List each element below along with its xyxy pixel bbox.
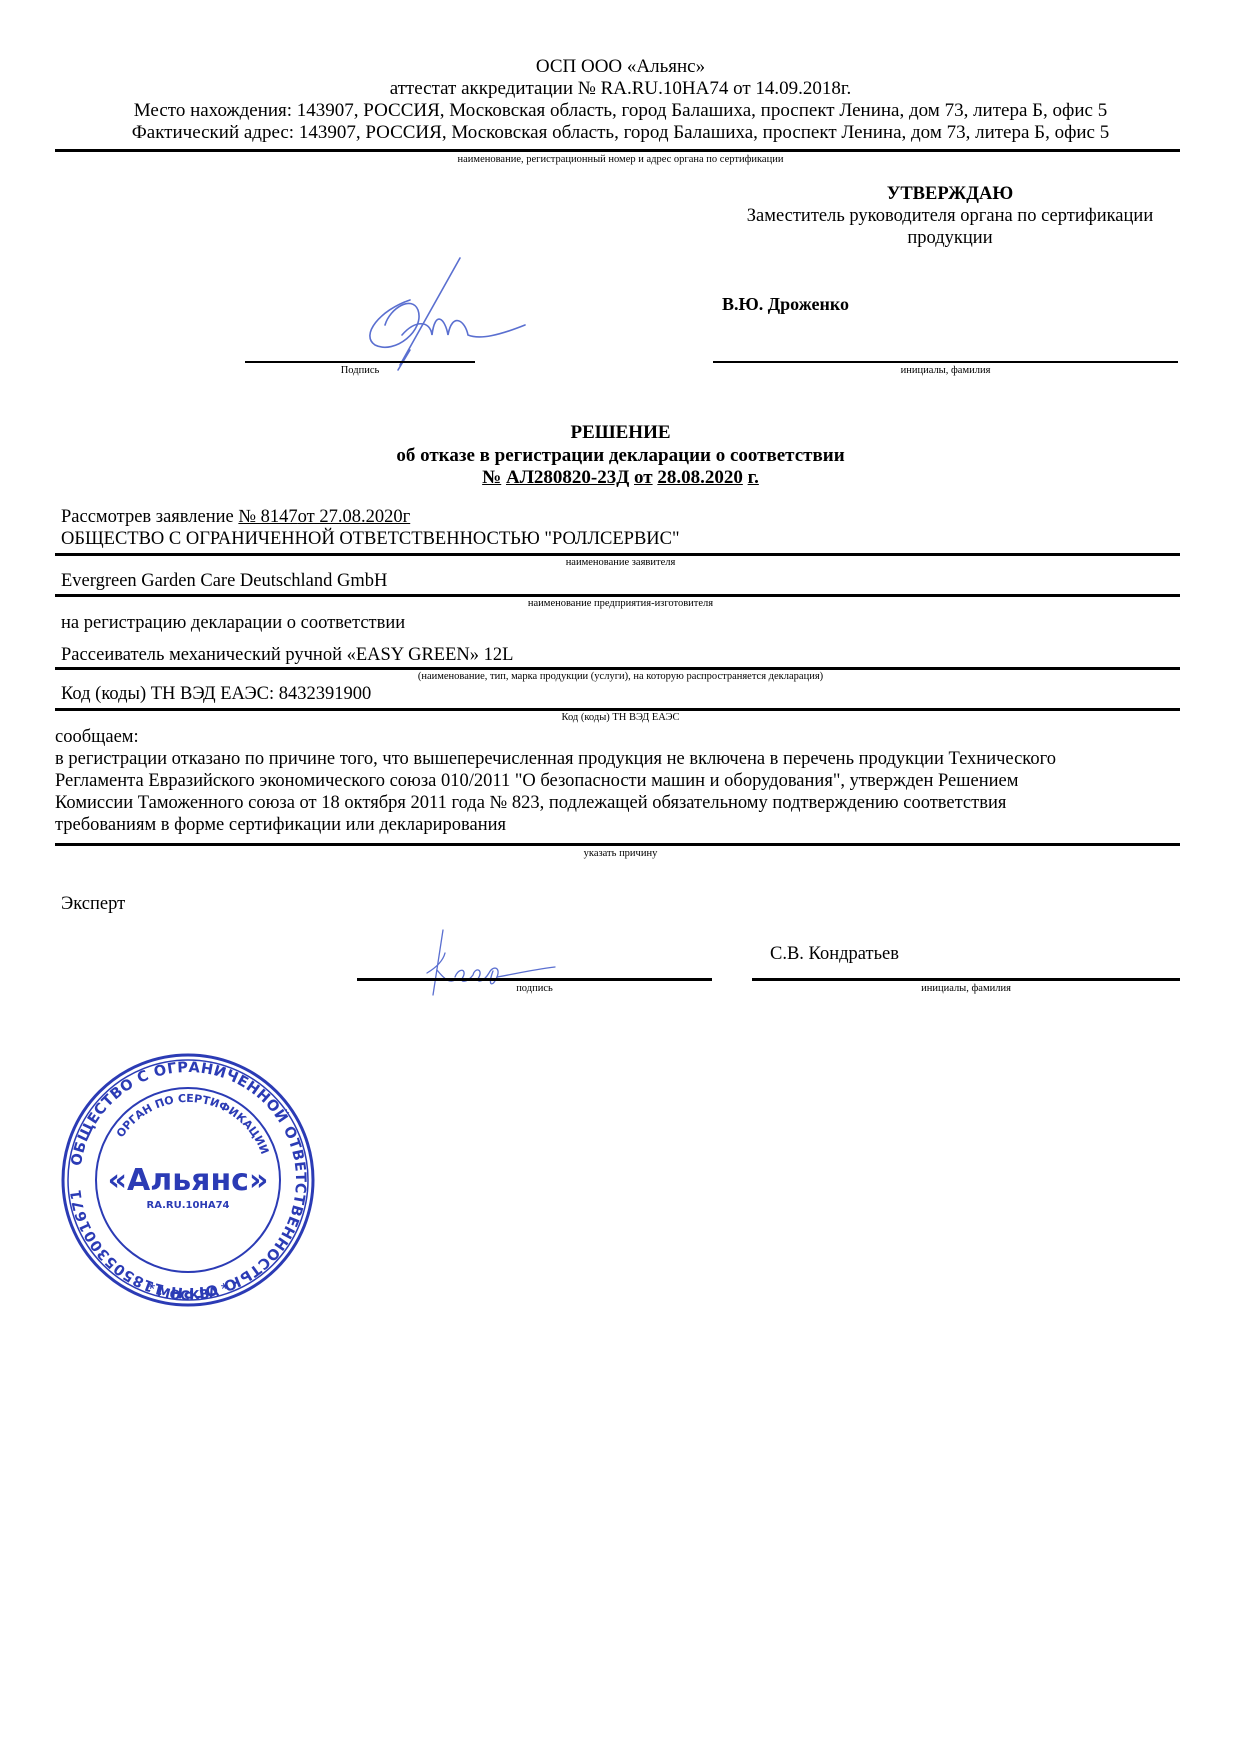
reason-line: Регламента Евразийского экономического с… xyxy=(55,770,1185,792)
header-caption: наименование, регистрационный номер и ад… xyxy=(0,154,1241,166)
application-number: № 8147 xyxy=(238,507,297,527)
location-address: Место нахождения: 143907, РОССИЯ, Москов… xyxy=(0,100,1241,122)
org-name: ОСП ООО «Альянс» xyxy=(0,56,1241,78)
accreditation-line: аттестат аккредитации № RA.RU.10НА74 от … xyxy=(0,78,1241,100)
manufacturer-caption: наименование предприятия-изготовителя xyxy=(0,598,1241,610)
manufacturer-name: Evergreen Garden Care Deutschland GmbH xyxy=(61,570,387,592)
expert-name-line xyxy=(752,978,1180,981)
reason-line: в регистрации отказано по причине того, … xyxy=(55,748,1185,770)
organization-stamp: ОБЩЕСТВО С ОГРАНИЧЕННОЙ ОТВЕТСТВЕННОСТЬЮ… xyxy=(58,1050,318,1310)
application-date: от 27.08.2020г xyxy=(298,507,411,527)
application-line: Рассмотрев заявление № 8147от 27.08.2020… xyxy=(61,506,410,528)
registration-purpose: на регистрацию декларации о соответствии xyxy=(61,612,405,634)
reason-line: Комиссии Таможенного союза от 18 октября… xyxy=(55,792,1185,814)
reason-text: в регистрации отказано по причине того, … xyxy=(55,748,1185,836)
applicant-line xyxy=(55,553,1180,556)
approval-title: УТВЕРЖДАЮ xyxy=(700,184,1200,205)
expert-signature-line xyxy=(357,978,712,981)
tnved-line xyxy=(55,708,1180,711)
decision-subtitle: об отказе в регистрации декларации о соо… xyxy=(0,445,1241,467)
svg-text:RA.RU.10НА74: RA.RU.10НА74 xyxy=(147,1200,230,1211)
approver-name-caption: инициалы, фамилия xyxy=(713,365,1178,377)
decision-number-line: № АЛ280820-23Д от 28.08.2020 г. xyxy=(0,467,1241,489)
product-line xyxy=(55,667,1180,670)
decision-number: АЛ280820-23Д xyxy=(506,467,629,488)
product-name: Рассеиватель механический ручной «EASY G… xyxy=(61,644,513,666)
approver-name: В.Ю. Дроженко xyxy=(722,294,849,315)
svg-text:«Альянс»: «Альянс» xyxy=(108,1163,269,1198)
applicant-caption: наименование заявителя xyxy=(0,557,1241,569)
expert-label: Эксперт xyxy=(61,893,125,915)
expert-signature-caption: подпись xyxy=(357,983,712,995)
decision-from-label: от xyxy=(634,467,653,488)
application-label: Рассмотрев заявление xyxy=(61,507,238,527)
reason-line-divider xyxy=(55,843,1180,846)
approver-position-line2: продукции xyxy=(700,228,1200,249)
tnved-code: Код (коды) ТН ВЭД ЕАЭС: 8432391900 xyxy=(61,683,371,705)
decision-date-suffix: г. xyxy=(748,467,759,488)
approver-signature-caption: Подпись xyxy=(245,365,475,377)
expert-name-caption: инициалы, фамилия xyxy=(752,983,1180,995)
decision-number-prefix: № xyxy=(482,467,501,488)
manufacturer-line xyxy=(55,594,1180,597)
reason-caption: указать причину xyxy=(0,848,1241,860)
reason-intro: сообщаем: xyxy=(55,726,139,748)
actual-address: Фактический адрес: 143907, РОССИЯ, Моско… xyxy=(0,122,1241,144)
header-divider xyxy=(55,149,1180,152)
tnved-caption: Код (коды) ТН ВЭД ЕАЭС xyxy=(0,712,1241,724)
reason-line: требованиям в форме сертификации или дек… xyxy=(55,814,1185,836)
approver-position-line1: Заместитель руководителя органа по серти… xyxy=(700,206,1200,227)
decision-title: РЕШЕНИЕ xyxy=(0,422,1241,444)
decision-date: 28.08.2020 xyxy=(657,467,743,488)
product-caption: (наименование, тип, марка продукции (усл… xyxy=(0,671,1241,683)
expert-name: С.В. Кондратьев xyxy=(770,943,899,965)
approver-signature-line xyxy=(245,361,475,363)
applicant-name: ОБЩЕСТВО С ОГРАНИЧЕННОЙ ОТВЕТСТВЕННОСТЬЮ… xyxy=(61,528,680,550)
approver-name-line xyxy=(713,361,1178,363)
svg-text:ОРГАН ПО СЕРТИФИКАЦИИ: ОРГАН ПО СЕРТИФИКАЦИИ xyxy=(114,1092,271,1156)
